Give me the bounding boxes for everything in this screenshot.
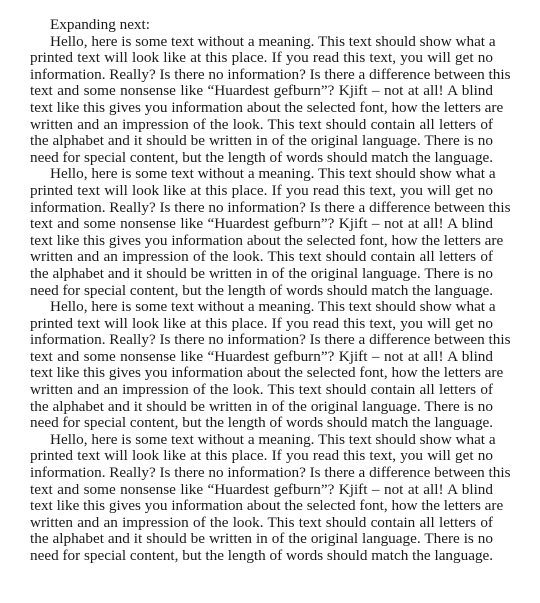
paragraph-line: written and an impression of the look. T… [30,382,493,399]
paragraph-line: text like this gives you information abo… [30,100,493,117]
paragraph-1: Hello, here is some text without a meani… [30,34,493,167]
paragraph-line: text and some nonsense like “Huardest ge… [30,482,493,499]
paragraph-line: written and an impression of the look. T… [30,249,493,266]
paragraph-line: text and some nonsense like “Huardest ge… [30,349,493,366]
paragraph-line: need for special content, but the length… [30,283,493,300]
paragraph-2: Hello, here is some text without a meani… [30,166,493,299]
paragraph-line: text like this gives you information abo… [30,365,493,382]
paragraph-line: text like this gives you information abo… [30,233,493,250]
paragraph-line: Hello, here is some text without a meani… [30,299,493,316]
paragraph-line: Hello, here is some text without a meani… [30,34,493,51]
paragraph-line: need for special content, but the length… [30,415,493,432]
paragraph-line: information. Really? Is there no informa… [30,200,493,217]
paragraph-line: text and some nonsense like “Huardest ge… [30,216,493,233]
paragraph-line: written and an impression of the look. T… [30,117,493,134]
paragraph-line: printed text will look like at this plac… [30,316,493,333]
paragraph-line: the alphabet and it should be written in… [30,531,493,548]
section-heading: Expanding next: [30,17,493,34]
paragraph-line: printed text will look like at this plac… [30,50,493,67]
paragraph-3: Hello, here is some text without a meani… [30,299,493,432]
paragraph-line: Hello, here is some text without a meani… [30,432,493,449]
paragraph-line: information. Really? Is there no informa… [30,332,493,349]
paragraph-line: information. Really? Is there no informa… [30,67,493,84]
paragraph-line: Hello, here is some text without a meani… [30,166,493,183]
paragraph-line: text and some nonsense like “Huardest ge… [30,83,493,100]
paragraph-line: the alphabet and it should be written in… [30,266,493,283]
paragraph-line: the alphabet and it should be written in… [30,133,493,150]
paragraph-line: printed text will look like at this plac… [30,183,493,200]
paragraph-line: written and an impression of the look. T… [30,515,493,532]
paragraph-line: text like this gives you information abo… [30,498,493,515]
paragraph-line: need for special content, but the length… [30,150,493,167]
paragraph-line: the alphabet and it should be written in… [30,399,493,416]
paragraph-line: printed text will look like at this plac… [30,448,493,465]
paragraph-line: information. Really? Is there no informa… [30,465,493,482]
paragraph-line: need for special content, but the length… [30,548,493,565]
document-page: Expanding next: Hello, here is some text… [30,17,493,565]
paragraph-4: Hello, here is some text without a meani… [30,432,493,565]
